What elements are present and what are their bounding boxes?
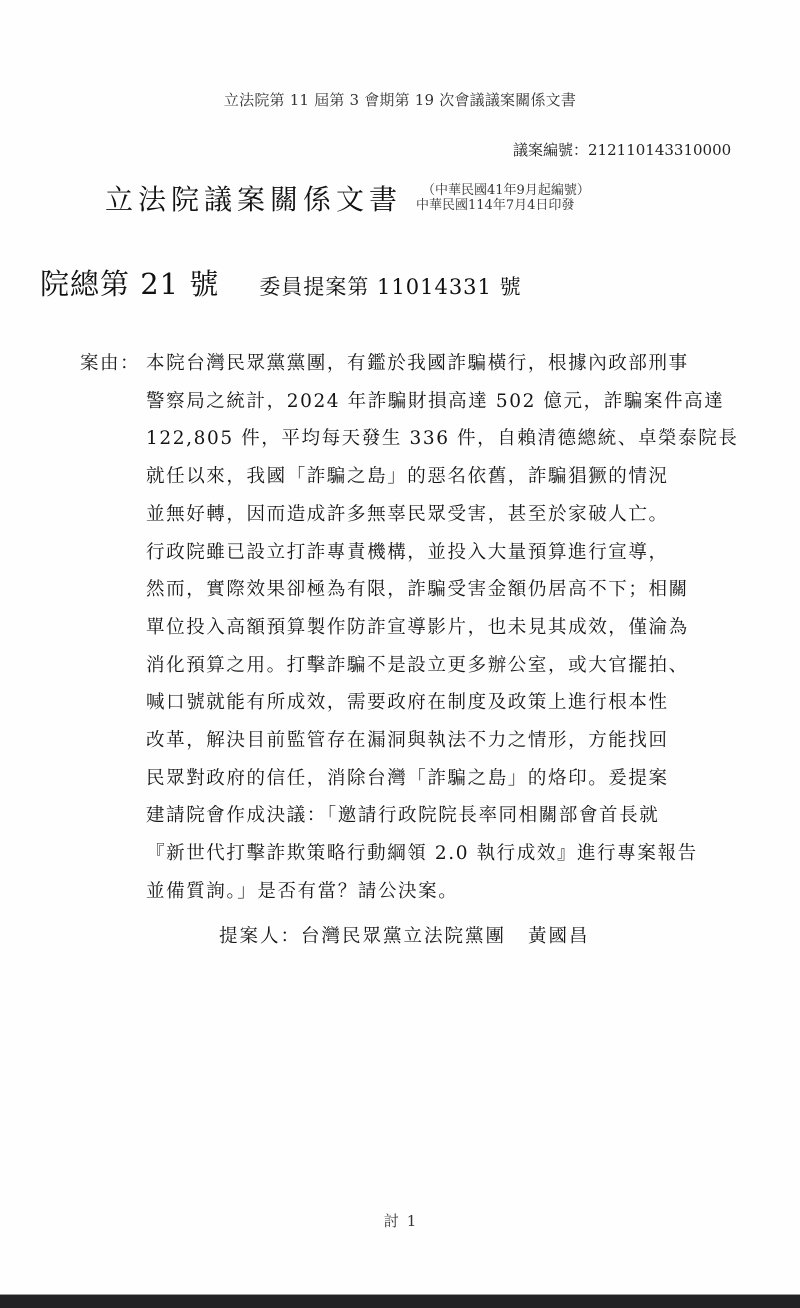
reason-line: 單位投入高額預算製作防詐宣導影片，也未見其成效，僅淪為 xyxy=(146,609,738,647)
proposer-label: 提案人： xyxy=(219,926,301,947)
bill-number: 議案編號：212110143310000 xyxy=(513,139,731,160)
title-row: 立法院議案關係文書 （中華民國41年9月起編號） 中華民國114年7月4日印發 xyxy=(105,178,590,218)
reason-line: 警察局之統計，2024 年詐騙財損高達 502 億元，詐騙案件高達 xyxy=(146,383,738,421)
page-number: 1 xyxy=(407,1212,417,1230)
reason-line: 『新世代打擊詐欺策略行動綱領 2.0 執行成效』進行專案報告 xyxy=(146,835,738,873)
reason-label: 案由： xyxy=(80,345,146,911)
general-number: 院總第 21 號 xyxy=(40,262,219,303)
reason-line: 喊口號就能有所成效，需要政府在制度及政策上進行根本性 xyxy=(146,684,738,722)
proposer-line: 提案人：台灣民眾黨立法院黨團黃國昌 xyxy=(219,922,590,948)
reason-line: 建請院會作成決議：「邀請行政院院長率同相關部會首長就 xyxy=(146,797,738,835)
reason-line: 改革，解決目前監管存在漏洞與執法不力之情形，方能找回 xyxy=(146,722,738,760)
viewer-bottom-bar xyxy=(0,1294,800,1308)
title-meta: （中華民國41年9月起編號） 中華民國114年7月4日印發 xyxy=(416,183,590,213)
bill-number-label: 議案編號： xyxy=(513,141,588,159)
reason-line: 並無好轉，因而造成許多無辜民眾受害，甚至於家破人亡。 xyxy=(146,496,738,534)
reason-line: 消化預算之用。打擊詐騙不是設立更多辦公室，或大官擺拍、 xyxy=(146,647,738,685)
reason-line: 行政院雖已設立打詐專責機構，並投入大量預算進行宣導， xyxy=(146,534,738,572)
member-proposal-number: 委員提案第 11014331 號 xyxy=(259,271,521,301)
running-header: 立法院第 11 屆第 3 會期第 19 次會議議案關係文書 xyxy=(0,89,800,110)
reason-line: 並備質詢。」是否有當？請公決案。 xyxy=(146,873,738,911)
reason-line: 122,805 件，平均每天發生 336 件，自賴清德總統、卓榮泰院長 xyxy=(146,420,738,458)
reason-text: 本院台灣民眾黨黨團，有鑑於我國詐騙橫行，根據內政部刑事 警察局之統計，2024 … xyxy=(146,345,738,911)
page-prefix: 討 xyxy=(384,1212,399,1230)
reason-section: 案由： 本院台灣民眾黨黨團，有鑑於我國詐騙橫行，根據內政部刑事 警察局之統計，2… xyxy=(80,345,760,911)
reason-line: 然而，實際效果卻極為有限，詐騙受害金額仍居高不下；相關 xyxy=(146,571,738,609)
proposer-name: 黃國昌 xyxy=(528,926,590,947)
print-date: 中華民國114年7月4日印發 xyxy=(416,198,590,213)
reason-line: 就任以來，我國「詐騙之島」的惡名依舊，詐騙猖獗的情況 xyxy=(146,458,738,496)
document-page: 立法院第 11 屆第 3 會期第 19 次會議議案關係文書 議案編號：21211… xyxy=(0,0,800,1294)
document-title: 立法院議案關係文書 xyxy=(105,178,402,218)
page-footer: 討1 xyxy=(0,1210,800,1231)
numbering-note: （中華民國41年9月起編號） xyxy=(416,183,590,198)
reference-row: 院總第 21 號 委員提案第 11014331 號 xyxy=(40,262,522,303)
reason-line: 本院台灣民眾黨黨團，有鑑於我國詐騙橫行，根據內政部刑事 xyxy=(146,345,738,383)
bill-number-value: 212110143310000 xyxy=(588,141,731,159)
reason-line: 民眾對政府的信任，消除台灣「詐騙之島」的烙印。爰提案 xyxy=(146,760,738,798)
proposer-caucus: 台灣民眾黨立法院黨團 xyxy=(301,926,506,947)
